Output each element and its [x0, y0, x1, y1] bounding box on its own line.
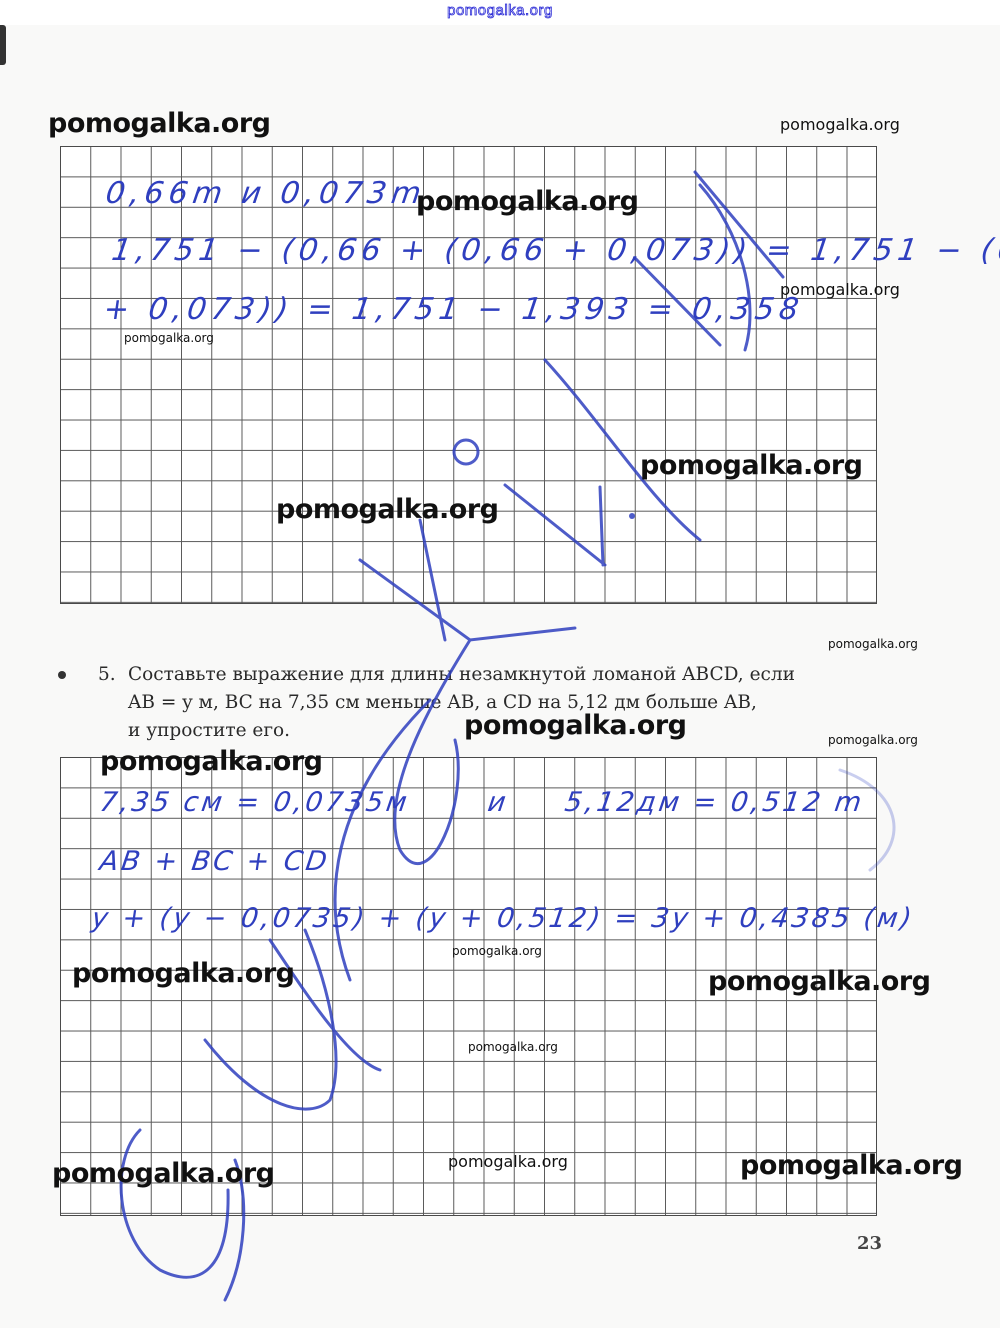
handwriting-conversion-2: 5,12дм = 0,512 m [563, 787, 866, 818]
watermark: pomogalka.org [780, 115, 900, 134]
watermark: pomogalka.org [708, 966, 931, 997]
watermark: pomogalka.org [828, 733, 918, 747]
task-line-3: и упростите его. [128, 716, 290, 745]
watermark: pomogalka.org [124, 331, 214, 345]
watermark: pomogalka.org [468, 1040, 558, 1054]
handwriting-line-2: 1,751 − (0,66 + (0,66 + 0,073)) = 1,751 … [110, 233, 1000, 268]
watermark: pomogalka.org [740, 1150, 963, 1181]
page-number: 23 [857, 1233, 882, 1254]
task-line-1: Составьте выражение для длины незамкнуто… [128, 660, 795, 689]
watermark: pomogalka.org [640, 450, 863, 481]
watermark: pomogalka.org [780, 280, 900, 299]
watermark: pomogalka.org [828, 637, 918, 651]
watermark: pomogalka.org [276, 494, 499, 525]
watermark: pomogalka.org [448, 1152, 568, 1171]
handwriting-line-1: 0,66m и 0,073m [104, 176, 429, 211]
site-header: pomogalka.org [0, 0, 1000, 25]
handwriting-line-3: + 0,073)) = 1,751 − 1,393 = 0,358 [102, 292, 806, 327]
handwriting-conjunction: и [486, 787, 511, 818]
watermark: pomogalka.org [100, 746, 323, 777]
bullet-icon [58, 671, 66, 679]
task-number: 5. [98, 660, 116, 689]
site-link[interactable]: pomogalka.org [0, 2, 1000, 19]
scan-edge-shadow [0, 25, 6, 65]
watermark: pomogalka.org [464, 710, 687, 741]
watermark: pomogalka.org [52, 1158, 275, 1189]
watermark: pomogalka.org [72, 958, 295, 989]
handwriting-simplification: y + (y − 0,0735) + (y + 0,512) = 3y + 0,… [90, 903, 917, 934]
watermark: pomogalka.org [48, 108, 271, 139]
watermark: pomogalka.org [452, 944, 542, 958]
watermark: pomogalka.org [416, 186, 639, 217]
handwriting-conversion-1: 7,35 см = 0,0735м [98, 787, 412, 818]
handwriting-sum-expression: AB + BC + CD [98, 846, 332, 877]
